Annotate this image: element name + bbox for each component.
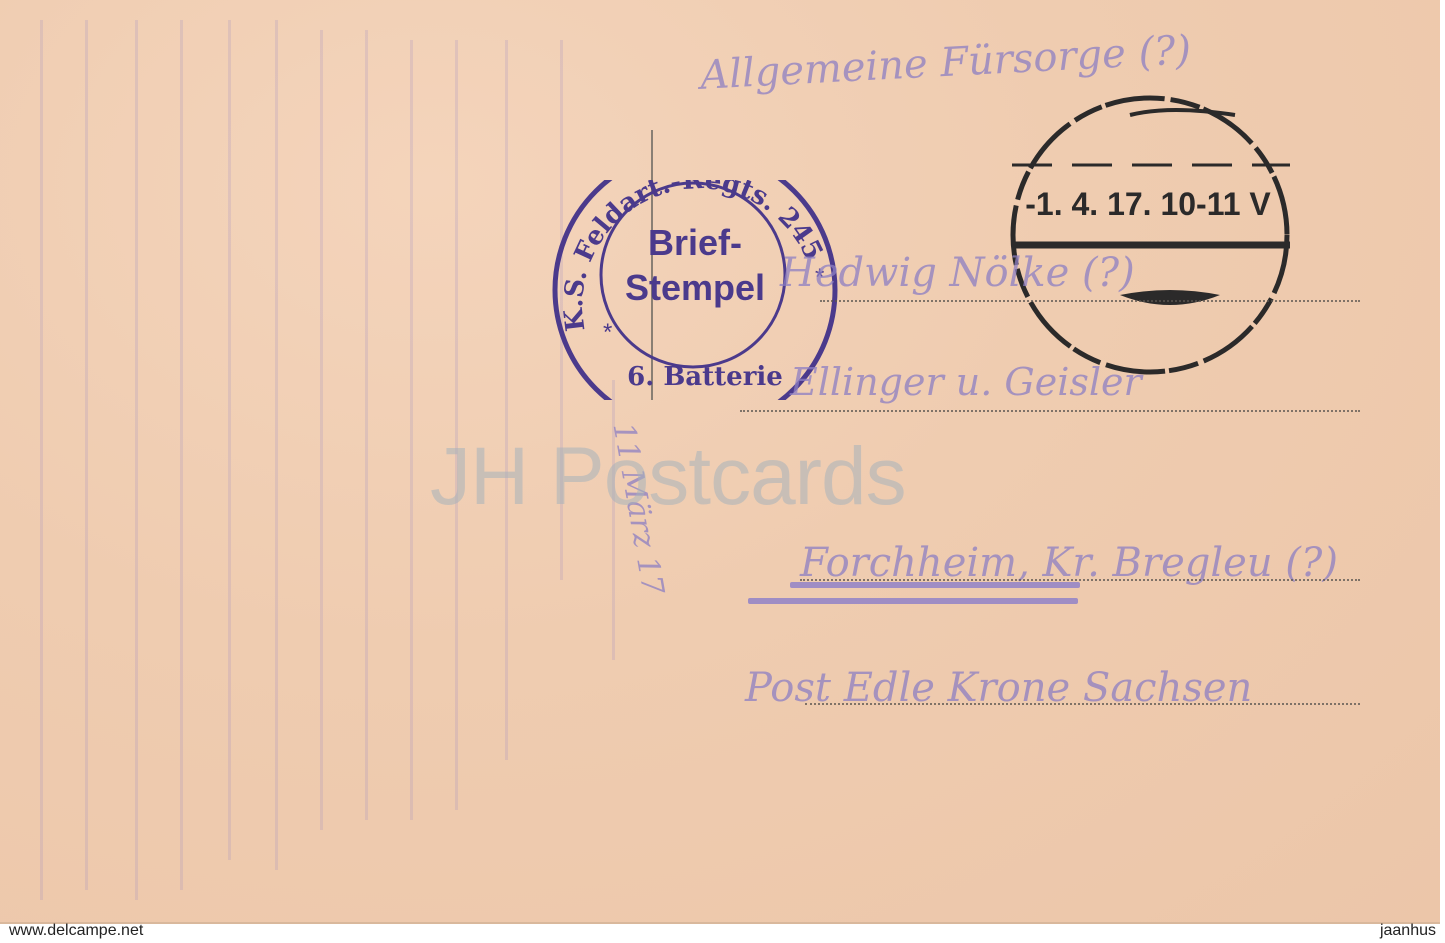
postmark: -1. 4. 17. 10-11 V bbox=[1000, 85, 1315, 375]
address-dotted-line-2 bbox=[740, 410, 1360, 412]
address-line-3: Ellinger u. Geisler bbox=[790, 360, 1142, 404]
svg-text:Brief-: Brief- bbox=[648, 222, 742, 263]
svg-text:6. Batterie: 6. Batterie bbox=[627, 362, 783, 392]
svg-text:-1. 4. 17. 10-11 V: -1. 4. 17. 10-11 V bbox=[1025, 186, 1271, 222]
address-line-2: Hedwig Nölke (?) bbox=[780, 250, 1135, 296]
postcard: K.S. Feldart.-Regts. 245 Brief- Stempel … bbox=[0, 0, 1440, 924]
source-credit-right: jaanhus bbox=[1380, 922, 1436, 940]
address-underline-1 bbox=[790, 582, 1080, 588]
svg-text:Stempel: Stempel bbox=[625, 267, 765, 308]
address-underline-2 bbox=[748, 598, 1078, 604]
address-dotted-line-4 bbox=[805, 703, 1360, 705]
watermark: JH Postcards bbox=[430, 430, 906, 524]
svg-text:*: * bbox=[603, 319, 612, 346]
address-dotted-line-3 bbox=[800, 579, 1360, 581]
source-credit-left: www.delcampe.net bbox=[9, 922, 143, 940]
address-dotted-line-1 bbox=[820, 300, 1360, 302]
